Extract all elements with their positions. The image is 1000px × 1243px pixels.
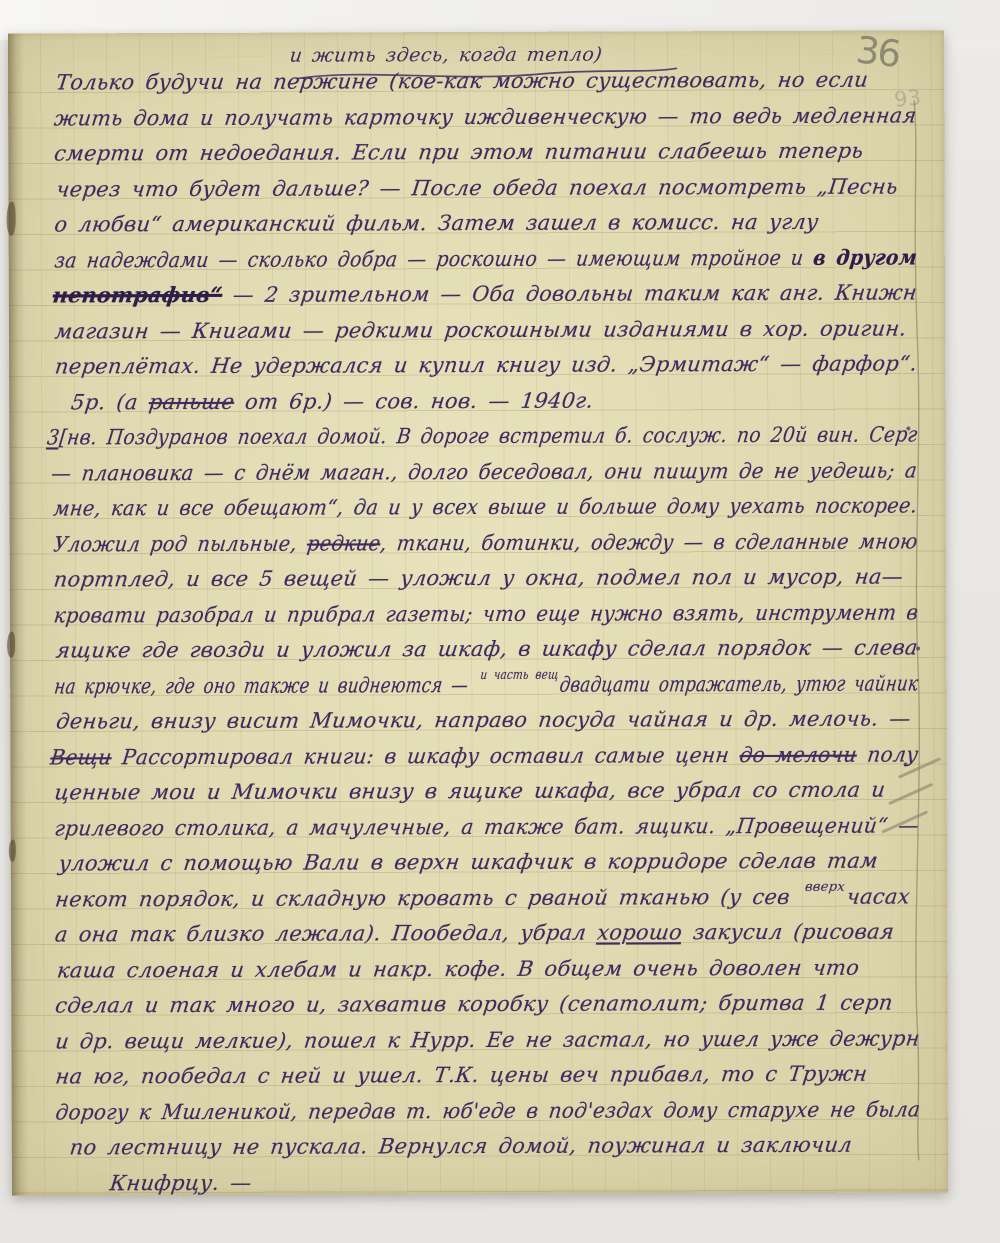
manuscript-line: ящике где гвозди и уложил за шкаф, в шка… [55,634,920,663]
manuscript-line: о любви“ американский фильм. Затем зашел… [53,209,820,238]
manuscript-line: через что будет дальше? — После обеда по… [55,173,899,202]
handwriting-segment: ценные мои и Мимочки внизу в ящике шкафа… [53,778,886,805]
handwriting-segment: на крючке, где оно также и виднеются — [53,672,478,697]
manuscript-line: Только будучи на пержине (кое-как можно … [55,67,870,96]
handwriting-segment: мне, как и все обещают“, да и у всех выш… [52,493,918,520]
manuscript-line: каша слоеная и хлебам и накр. кофе. В об… [56,954,861,983]
ink-dot [916,646,920,650]
handwriting-segment: от 6р.) — сов. нов. — 1940г. [233,388,595,413]
handwriting-segment: Только будучи на пержине (кое-как можно … [55,68,870,95]
handwriting-segment: 5р. (а [70,390,151,414]
handwriting-segment: в другом [812,244,919,269]
manuscript-line: на юг, пообедал с ней и ушел. Т.К. цены … [54,1061,869,1090]
manuscript-line: кровати разобрал и прибрал газеты; что е… [52,599,919,628]
handwriting-segment: непотрафив“ [51,282,223,308]
handwriting-segment: вверх [804,879,846,894]
ink-dot [906,426,910,430]
manuscript-line: деньги, внизу висит Мимочки, направо пос… [55,705,913,734]
manuscript-line: смерти от недоедания. Если при этом пита… [53,138,865,167]
handwriting-segment: грилевого столика, а мачулечные, а также… [53,813,920,840]
handwriting-segment: переплётах. Не удержался и купил книгу и… [54,351,919,378]
manuscript-line: некот порядок, и складную кровать с рван… [53,883,911,916]
handwriting-segment: — плановика — с днём маган., долго бесед… [50,458,918,485]
manuscript-line: Вещи Рассортировал книги: в шкафу остави… [49,741,920,770]
manuscript-line: по лестницу не пускала. Вернулся домой, … [68,1132,853,1161]
manuscript-paper: и жить здесь, когда тепло) 36 93 Только … [8,30,948,1195]
handwriting-segment: Вещи [49,745,113,769]
manuscript-line: 5р. (а раньше от 6р.) — сов. нов. — 1940… [70,387,595,415]
handwriting-segment: по лестницу не пускала. Вернулся домой, … [68,1133,853,1160]
manuscript-line: сделал и так много и, захватив коробку (… [54,990,895,1019]
manuscript-line: переплётах. Не удержался и купил книгу и… [54,350,919,379]
handwriting-segment: Рассортировал книги: в шкафу оставил сам… [110,743,741,769]
handwriting-segment: раньше [147,389,235,413]
handwriting-segment: дорогу к Мшленикой, передав т. юб'еде в … [54,1097,921,1124]
manuscript-line: уложил с помощью Вали в верхн шкафчик в … [57,848,879,877]
handwriting-segment: уложил с помощью Вали в верхн шкафчик в … [57,849,879,876]
scanned-manuscript-page: и жить здесь, когда тепло) 36 93 Только … [0,0,1000,1243]
manuscript-line: портплед, и все 5 вещей — уложил у окна,… [52,564,904,593]
handwriting-segment: ящике где гвозди и уложил за шкаф, в шка… [55,635,920,662]
manuscript-line: мне, как и все обещают“, да и у всех выш… [52,492,919,521]
handwriting-segment: редкие [306,531,382,555]
handwriting-segment: портплед, и все 5 вещей — уложил у окна,… [52,565,904,592]
handwriting-segment: сделал и так много и, захватив коробку (… [54,991,894,1018]
manuscript-line: Книфрцу. — [108,1169,253,1196]
manuscript-line: грилевого столика, а мачулечные, а также… [53,812,920,841]
handwriting-segment: деньги, внизу висит Мимочки, направо пос… [55,706,912,733]
manuscript-line: — плановика — с днём маган., долго бесед… [50,457,919,486]
manuscript-line: дорогу к Мшленикой, передав т. юб'еде в … [54,1096,922,1125]
handwriting-segment: магазин — Книгами — редкими роскошными и… [54,316,908,343]
manuscript-line: ценные мои и Мимочки внизу в ящике шкафа… [53,777,887,806]
manuscript-line: Уложил род пыльные, редкие, ткани, ботин… [52,528,919,557]
handwriting-segment: [нв. Поздуранов поехал домой. В дороге в… [58,422,919,449]
handwriting-segment: Книфрцу. — [109,1170,254,1195]
handwriting-segment: и др. вещи мелкие), пошел к Нурр. Ее не … [54,1026,921,1053]
manuscript-line: и др. вещи мелкие), пошел к Нурр. Ее не … [54,1025,921,1054]
manuscript-line: жить дома и получать карточку иждивенчес… [53,102,918,131]
handwriting-segment: — 2 зрительном — Оба довольны таким как … [221,280,918,306]
manuscript-line: магазин — Книгами — редкими роскошными и… [53,315,908,344]
handwriting-segment: через что будет дальше? — После обеда по… [55,174,899,201]
handwriting-segment: за надеждами — сколько добра — роскошно … [53,245,814,272]
ink-dot [904,763,908,767]
manuscript-line: на крючке, где оно также и виднеются — и… [52,670,919,703]
manuscript-line: за надеждами — сколько добра — роскошно … [53,244,918,273]
handwriting-segment: смерти от недоедания. Если при этом пита… [53,139,865,166]
manuscript-line: а она так близко лежала). Пообедал, убра… [54,919,896,948]
manuscript-line: 3[нв. Поздуранов поехал домой. В дороге … [46,421,919,450]
handwriting-segment: часах [845,884,911,908]
handwriting-segment: хорошо [596,920,684,944]
handwriting-segment: двадцати отражатель, утюг чайник [558,671,919,696]
manuscript-lines: Только будучи на пержине (кое-как можно … [8,30,948,1195]
handwriting-segment: а она так близко лежала). Пообедал, убра… [54,921,599,947]
handwriting-segment: жить дома и получать карточку иждивенчес… [53,103,918,130]
handwriting-segment: некот порядок, и складную кровать с рван… [54,884,802,911]
handwriting-segment: и часть вещ [479,667,559,682]
manuscript-line: непотрафив“ — 2 зрительном — Оба довольн… [51,279,918,308]
handwriting-segment: каша слоеная и хлебам и накр. кофе. В об… [56,955,861,982]
handwriting-segment: , ткани, ботинки, одежду — в сделанные м… [379,529,919,555]
handwriting-segment: до мелочи [738,742,858,766]
handwriting-segment: полу [855,742,919,766]
handwriting-segment: кровати разобрал и прибрал газеты; что е… [53,600,920,627]
handwriting-segment: на юг, пообедал с ней и ушел. Т.К. цены … [54,1062,869,1089]
handwriting-segment: закусил (рисовая [681,920,896,945]
handwriting-segment: Уложил род пыльные, [52,531,308,556]
handwriting-segment: о любви“ американский фильм. Затем зашел… [53,210,820,237]
